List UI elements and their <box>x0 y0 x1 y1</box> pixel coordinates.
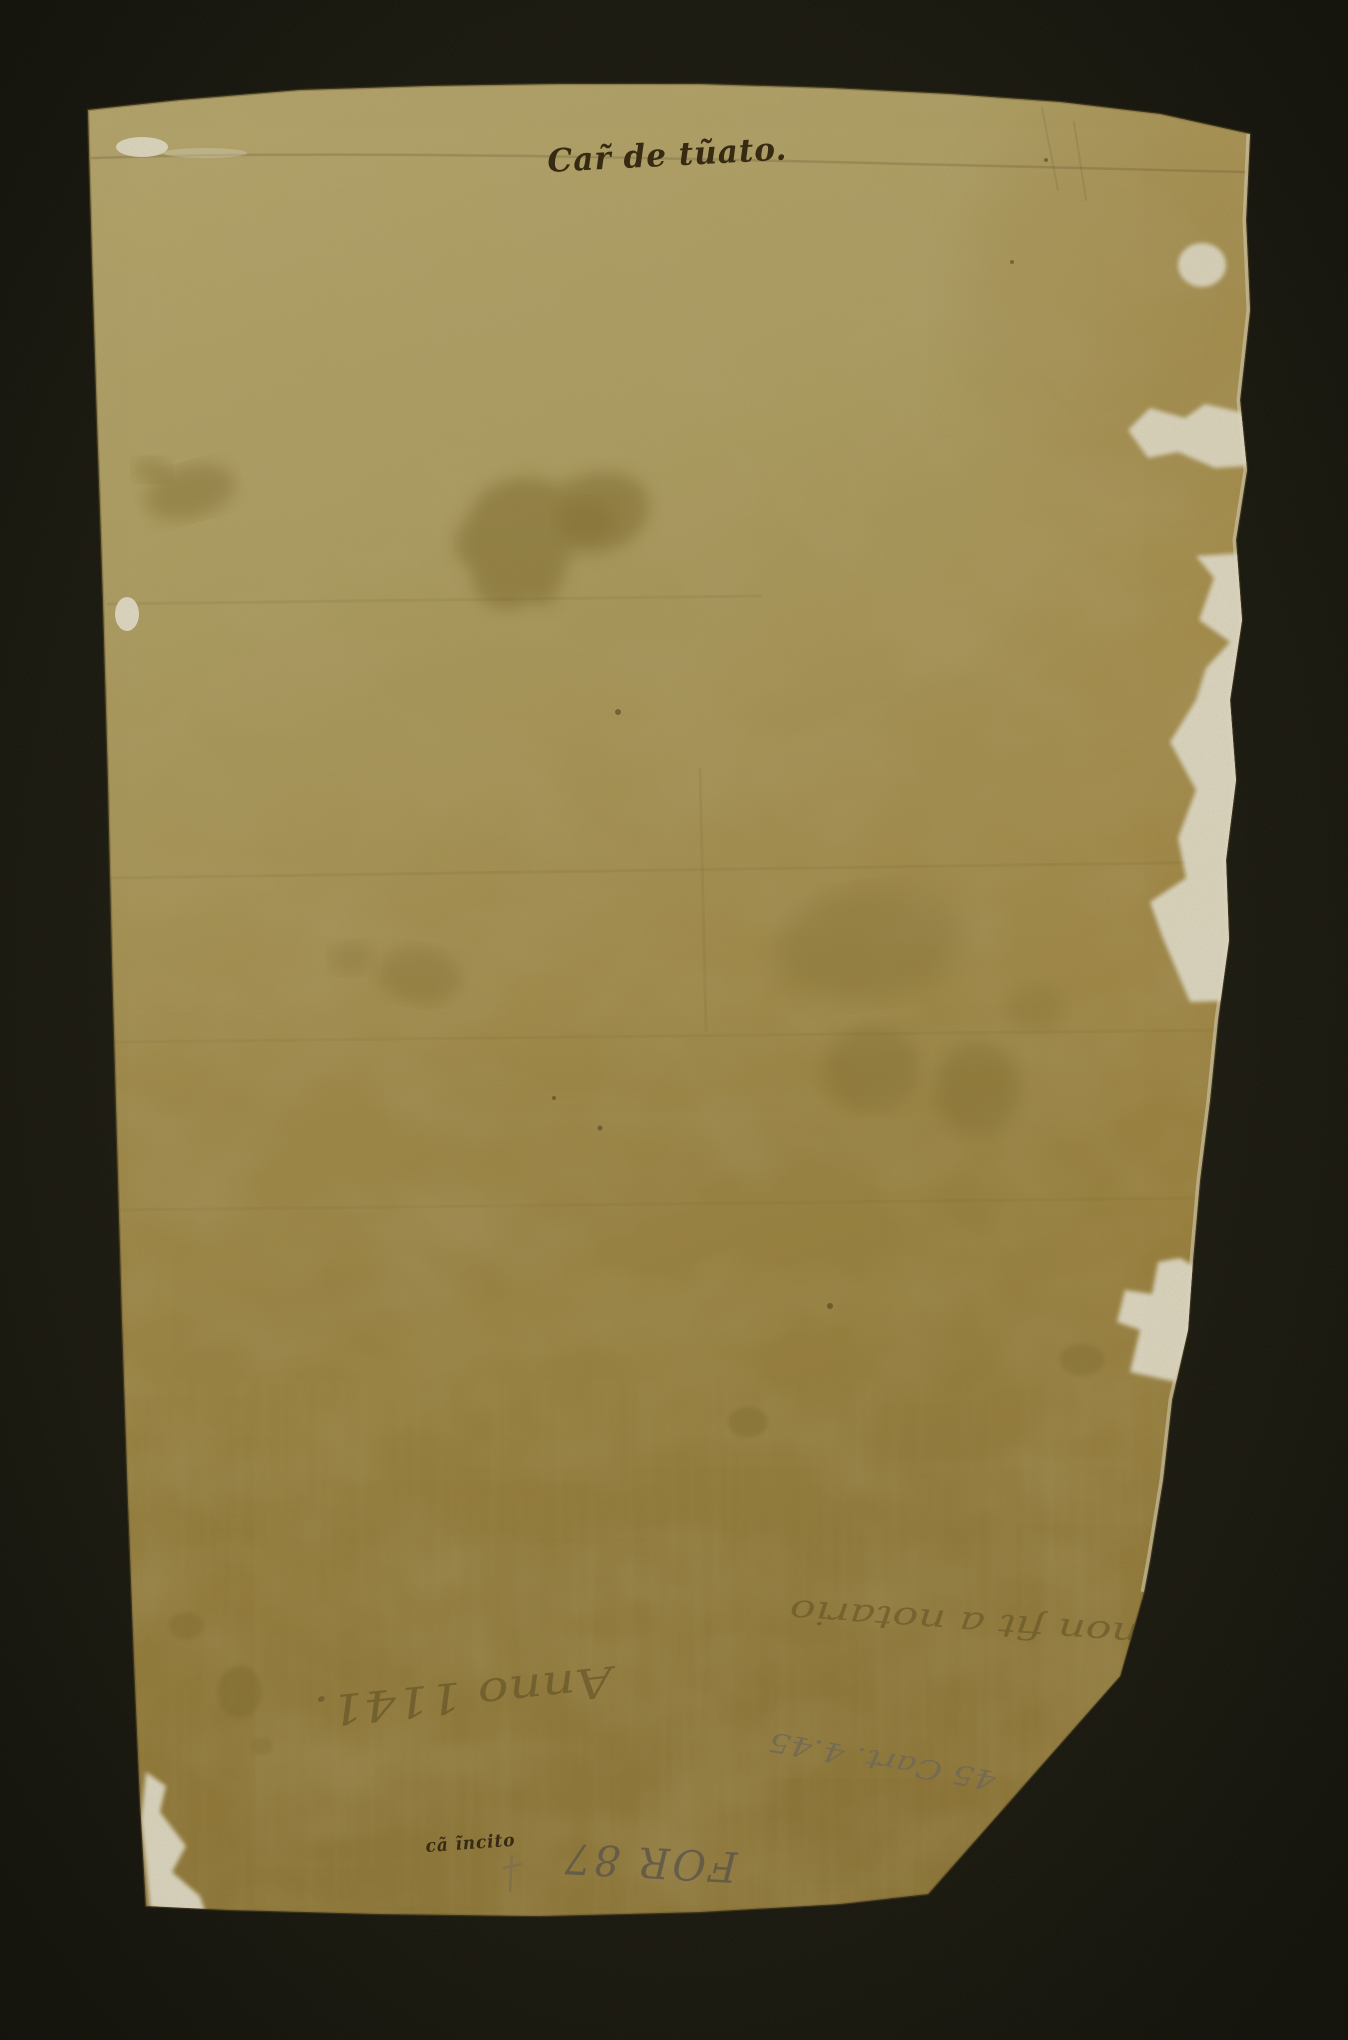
manuscript-photo: Car̃ de tũato. non fit a notario Anno 11… <box>0 0 1348 2040</box>
parchment-grain-texture <box>80 70 1270 1940</box>
parchment-photo-canvas: Car̃ de tũato. non fit a notario Anno 11… <box>0 0 1348 2040</box>
